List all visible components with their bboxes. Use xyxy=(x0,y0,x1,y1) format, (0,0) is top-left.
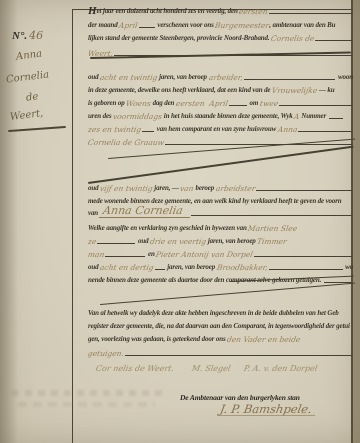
handwritten-text: Burgemeester xyxy=(214,21,270,30)
printed-text: jaren, van beroep xyxy=(157,73,208,82)
printed-text: lijken stand der gemeente Steenbergen, p… xyxy=(88,34,271,43)
body-lines: Het jaar een duizend acht honderd zes en… xyxy=(88,0,353,443)
handwritten-text: Timmer xyxy=(256,237,287,246)
printed-text: nende binnen deze gemeente als daartoe d… xyxy=(88,276,323,285)
printed-text: et jaar een duizend acht honderd zes en … xyxy=(97,7,240,16)
printed-text: dag den xyxy=(151,99,176,108)
document-line: man en Pieter Antonij van Dorpel xyxy=(88,247,353,259)
document-line: nende binnen deze gemeente als daartoe d… xyxy=(88,273,353,285)
rule-filler xyxy=(244,78,336,80)
document-line: gen, voorlezing was gedaan, is geteekend… xyxy=(88,332,353,344)
handwritten-text: twee xyxy=(259,99,279,108)
handwritten-text: arbeider, xyxy=(208,73,244,82)
printed-text: beroep xyxy=(194,184,216,193)
handwritten-text: vijf en twintig xyxy=(99,184,153,193)
printed-text: uren des xyxy=(88,112,113,121)
margin-name-line: Weert, xyxy=(9,108,43,123)
printed-text: Nummer xyxy=(300,112,328,121)
printed-text: register dezer gemeente, die, na dat daa… xyxy=(88,322,350,331)
ink-bleed-through xyxy=(12,386,164,410)
margin-divider-rule xyxy=(72,9,73,443)
handwritten-text: van xyxy=(180,184,195,193)
handwritten-text: voormiddags xyxy=(112,112,163,121)
rule-filler xyxy=(142,130,154,132)
printed-text: in het huis staande binnen deze gemeente… xyxy=(162,112,294,121)
rule-filler xyxy=(269,268,343,270)
document-line: oud acht en dertig jaren, van beroep Bro… xyxy=(88,260,353,272)
printed-text: jaren, van beroep xyxy=(206,237,257,246)
rule-filler xyxy=(298,130,352,132)
signature-text: Cor nelis de Weert. xyxy=(95,364,175,373)
rule-filler xyxy=(229,104,247,106)
handwritten-text: eersten xyxy=(239,7,269,16)
handwritten-text: Anna xyxy=(277,125,298,134)
signature-text: P. A. v. den Dorpel xyxy=(244,364,319,373)
margin-underline-flourish xyxy=(8,126,66,132)
document-line: lijken stand der gemeente Steenbergen, p… xyxy=(88,31,353,43)
rule-filler xyxy=(315,39,352,41)
rule-filler xyxy=(256,189,352,191)
printed-text: wo xyxy=(344,263,353,272)
handwritten-text: arbeidster xyxy=(215,184,256,193)
printed-bold-text: De Ambtenaar van den burgerlyken stan xyxy=(180,393,300,402)
rule-filler xyxy=(155,268,165,270)
handwritten-text: getuigen. xyxy=(88,349,125,358)
rule-filler xyxy=(269,12,352,14)
act-number-value: 46 xyxy=(29,29,43,42)
handwritten-text: April xyxy=(118,21,138,30)
handwritten-text: acht en twintig xyxy=(99,73,158,82)
printed-text: om xyxy=(248,99,260,108)
handwritten-text: Cornelia de Graauw xyxy=(88,138,165,147)
signature-text: M. Slegel xyxy=(191,364,231,373)
handwritten-text: Martien Slee xyxy=(247,224,298,233)
document-line: der maand April verschenen voor ons Burg… xyxy=(88,18,353,30)
document-line: mede wonende binnen deze gemeente, en aa… xyxy=(88,194,353,206)
document-line: Cor nelis de Weert.M. SlegelP. A. v. den… xyxy=(88,361,353,373)
document-line: register dezer gemeente, die, na dat daa… xyxy=(88,319,353,331)
spacer xyxy=(88,415,218,416)
handwritten-text: Pieter Antonij van Dorpel xyxy=(156,250,254,259)
act-number-label: N°. xyxy=(12,30,27,42)
printed-text: van hem comparant en van zyne huisvrouw xyxy=(155,125,278,134)
printed-text: Van al hetwelk wy dadelyk deze akte hebb… xyxy=(88,309,339,318)
printed-text: verschenen voor ons xyxy=(156,21,215,30)
rule-filler xyxy=(329,117,343,119)
printed-text: woon xyxy=(336,73,353,82)
act-number: N°.46 xyxy=(12,26,43,44)
handwritten-text: drie en veertig xyxy=(149,237,207,246)
printed-text: , ambtenaar van den Bu xyxy=(269,21,335,30)
handwritten-text: eersten April xyxy=(175,99,229,108)
document-line: uren des voormiddags in het huis staande… xyxy=(88,109,353,121)
rule-filler xyxy=(191,214,352,216)
margin-column: N°.46 Anna Cornelia de Weert, xyxy=(0,0,72,443)
handwritten-text: Broodbakker, xyxy=(216,263,268,272)
document-line: zes en twintig van hem comparant en van … xyxy=(88,122,353,134)
spacer xyxy=(174,372,192,373)
handwritten-text: ze xyxy=(88,237,97,246)
printed-text: jaren, — xyxy=(153,184,181,193)
rule-filler xyxy=(279,104,352,106)
rule-filler xyxy=(139,26,155,28)
page-right-edge-strip xyxy=(353,0,360,443)
document-line: van Anna Cornelia xyxy=(88,206,353,218)
margin-name-line: Anna xyxy=(15,48,42,62)
document-line: oud vijf en twintig jaren, — van beroep … xyxy=(88,181,353,193)
handwritten-text: man xyxy=(88,250,105,259)
handwritten-text: Woens xyxy=(125,99,151,108)
printed-text: oud xyxy=(136,237,150,246)
handwritten-text: acht en dertig xyxy=(99,263,154,272)
rule-filler xyxy=(254,255,352,257)
printed-text: — ku xyxy=(317,86,334,95)
printed-text: van xyxy=(88,209,100,218)
printed-text: gen, voorlezing was gedaan, is geteekend… xyxy=(88,335,227,344)
rule-filler xyxy=(165,143,352,145)
printed-text: jaren, van beroep xyxy=(166,263,217,272)
printed-text: Welke aangifte en verklaring zyn geschie… xyxy=(88,224,248,233)
document-line: Het jaar een duizend acht honderd zes en… xyxy=(88,4,353,16)
rule-filler xyxy=(97,242,135,244)
document-line: getuigen. xyxy=(88,346,353,358)
printed-text: der maand xyxy=(88,21,119,30)
document-line: ze oud drie en veertig jaren, van beroep… xyxy=(88,234,353,246)
margin-name-line: de xyxy=(25,91,39,103)
handwritten-text: den Vader en beide xyxy=(226,335,301,344)
printed-text: is geboren op xyxy=(88,99,126,108)
printed-text: in deze gemeente, dewelke ons heeft verk… xyxy=(88,86,272,95)
handwritten-text: zes en twintig xyxy=(88,125,142,134)
printed-text: oud xyxy=(88,184,100,193)
document-line: is geboren op Woens dag den eersten Apri… xyxy=(88,96,353,108)
document-line: Welke aangifte en verklaring zyn geschie… xyxy=(88,221,353,233)
printed-text: oud xyxy=(88,73,100,82)
margin-name-line: Cornelia xyxy=(5,69,49,85)
handwritten-text: Cornelis de xyxy=(270,34,315,43)
rule-filler xyxy=(125,354,352,356)
drop-cap: H xyxy=(88,6,97,16)
printed-text: oud xyxy=(88,263,100,272)
printed-text: mede wonende binnen deze gemeente, en aa… xyxy=(88,197,342,206)
rule-filler xyxy=(105,255,145,257)
document-line: in deze gemeente, dewelke ons heeft verk… xyxy=(88,83,353,95)
handwritten-name-underlined: Anna Cornelia xyxy=(99,206,192,218)
handwritten-text: Vrouwelijke xyxy=(271,86,318,95)
official-signature: J. P. Bamshpele. xyxy=(217,405,317,416)
document-line: oud acht en twintig jaren, van beroep ar… xyxy=(88,70,353,82)
document-line: Van al hetwelk wy dadelyk deze akte hebb… xyxy=(88,306,353,318)
